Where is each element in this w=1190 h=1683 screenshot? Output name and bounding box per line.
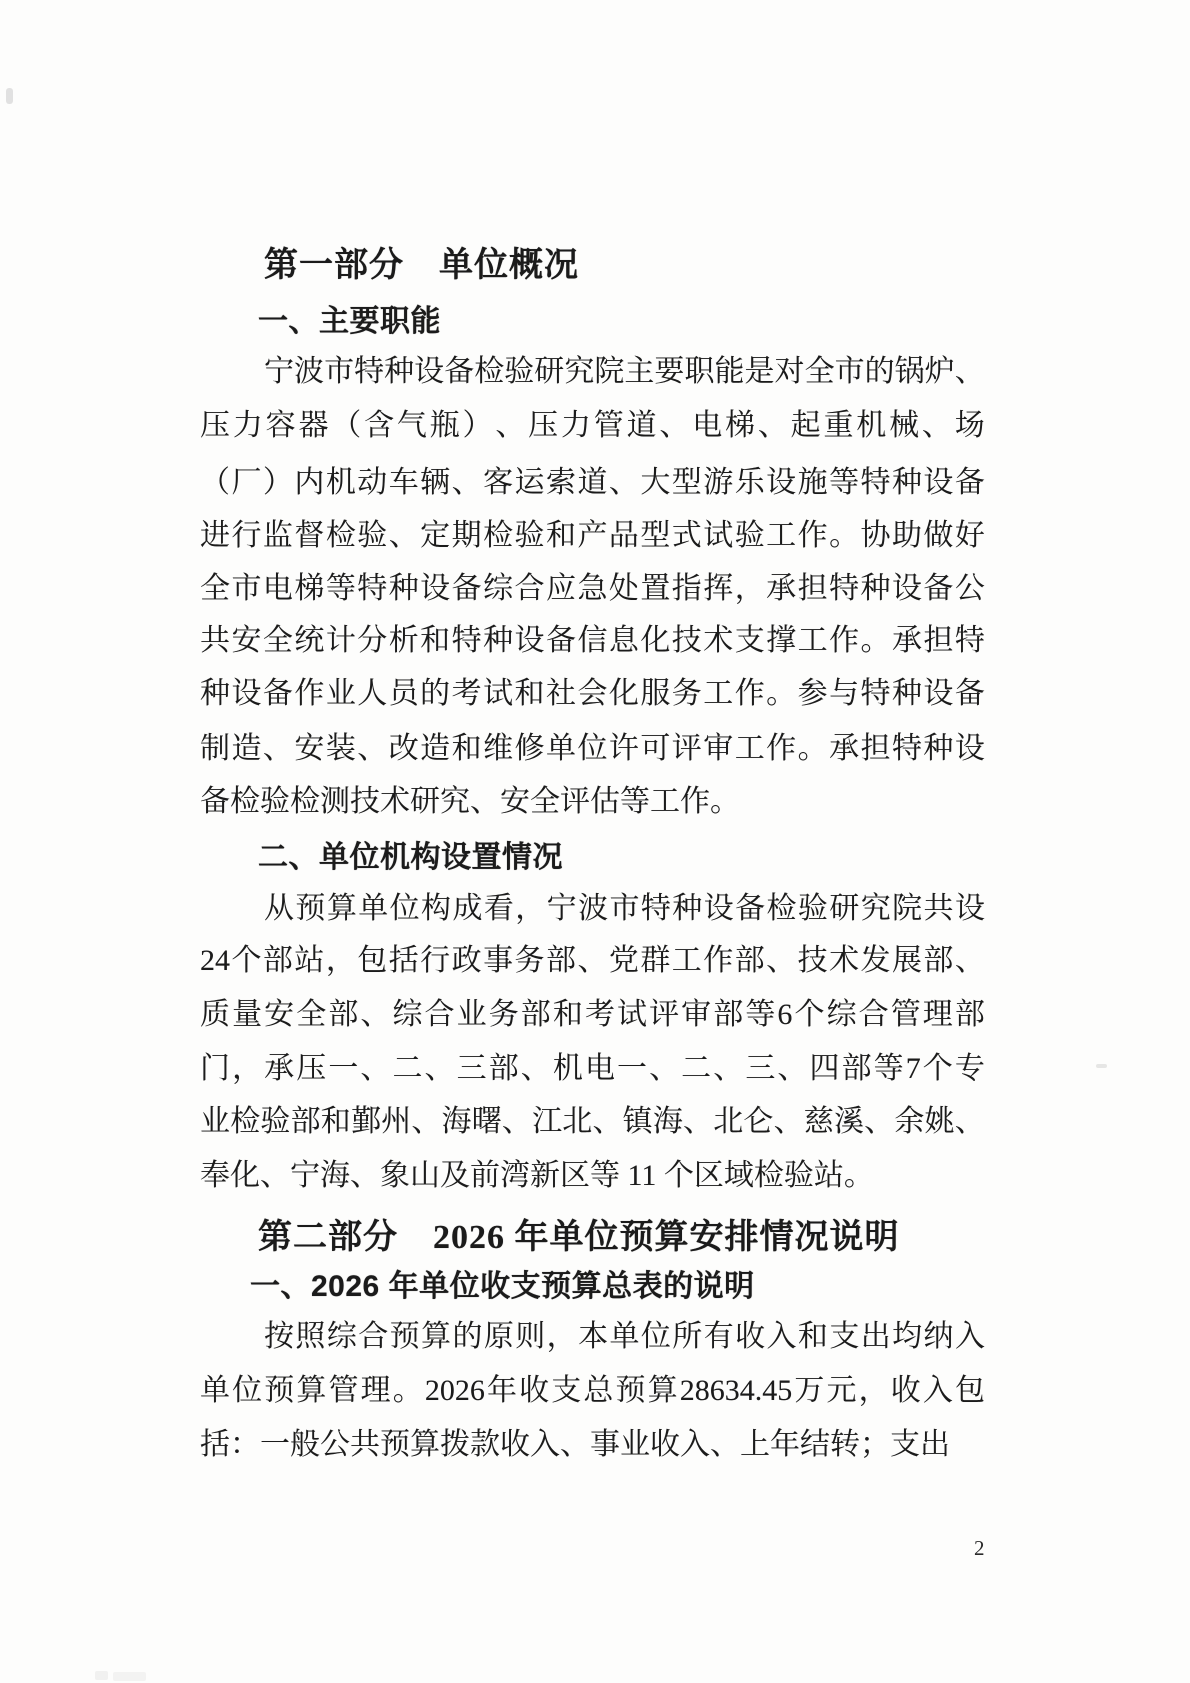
scan-smudge-bottom-1: [95, 1671, 108, 1680]
body-line: 宁波市特种设备检验研究院主要职能是对全市的锅炉、: [200, 355, 985, 390]
scan-smudge-bottom-2: [113, 1672, 146, 1681]
body-line: （厂）内机动车辆、客运索道、大型游乐设施等特种设备: [200, 466, 985, 501]
body-line: 种设备作业人员的考试和社会化服务工作。参与特种设备: [200, 677, 985, 712]
scan-speck-right: [1096, 1064, 1107, 1068]
part1-heading-organization: 二、单位机构设置情况: [258, 841, 563, 876]
body-line: 质量安全部、综合业务部和考试评审部等6个综合管理部: [200, 998, 985, 1033]
body-line: 进行监督检验、定期检验和产品型式试验工作。协助做好: [200, 519, 985, 554]
body-line: 备检验检测技术研究、安全评估等工作。: [200, 785, 740, 820]
text-block: 第一部分 单位概况一、主要职能宁波市特种设备检验研究院主要职能是对全市的锅炉、压…: [200, 0, 985, 1683]
part1-title: 第一部分 单位概况: [264, 246, 579, 285]
body-line: 共安全统计分析和特种设备信息化技术支撑工作。承担特: [200, 624, 985, 659]
body-line: 全市电梯等特种设备综合应急处置指挥，承担特种设备公: [200, 572, 985, 607]
body-line: 从预算单位构成看，宁波市特种设备检验研究院共设: [200, 892, 985, 927]
body-line: 单位预算管理。2026年收支总预算28634.45万元，收入包: [200, 1374, 985, 1409]
body-line: 门，承压一、二、三部、机电一、二、三、四部等7个专: [200, 1052, 985, 1087]
part2-heading-budget-table: 一、2026 年单位收支预算总表的说明: [250, 1270, 755, 1305]
part1-heading-functions: 一、主要职能: [258, 305, 441, 340]
body-line: 奉化、宁海、象山及前湾新区等 11 个区域检验站。: [200, 1159, 874, 1194]
page-number: 2: [974, 1536, 985, 1561]
body-line: 按照综合预算的原则，本单位所有收入和支出均纳入: [200, 1320, 985, 1355]
document-page: 第一部分 单位概况一、主要职能宁波市特种设备检验研究院主要职能是对全市的锅炉、压…: [0, 0, 1190, 1683]
body-line: 括：一般公共预算拨款收入、事业收入、上年结转；支出: [200, 1428, 950, 1463]
body-line: 制造、安装、改造和维修单位许可评审工作。承担特种设: [200, 732, 985, 767]
part2-title: 第二部分 2026 年单位预算安排情况说明: [258, 1218, 900, 1257]
body-line: 压力容器（含气瓶）、压力管道、电梯、起重机械、场: [200, 409, 985, 444]
body-line: 业检验部和鄞州、海曙、江北、镇海、北仑、慈溪、余姚、: [200, 1105, 985, 1140]
body-line: 24个部站，包括行政事务部、党群工作部、技术发展部、: [200, 944, 985, 979]
scan-smudge-top-left: [6, 88, 13, 104]
